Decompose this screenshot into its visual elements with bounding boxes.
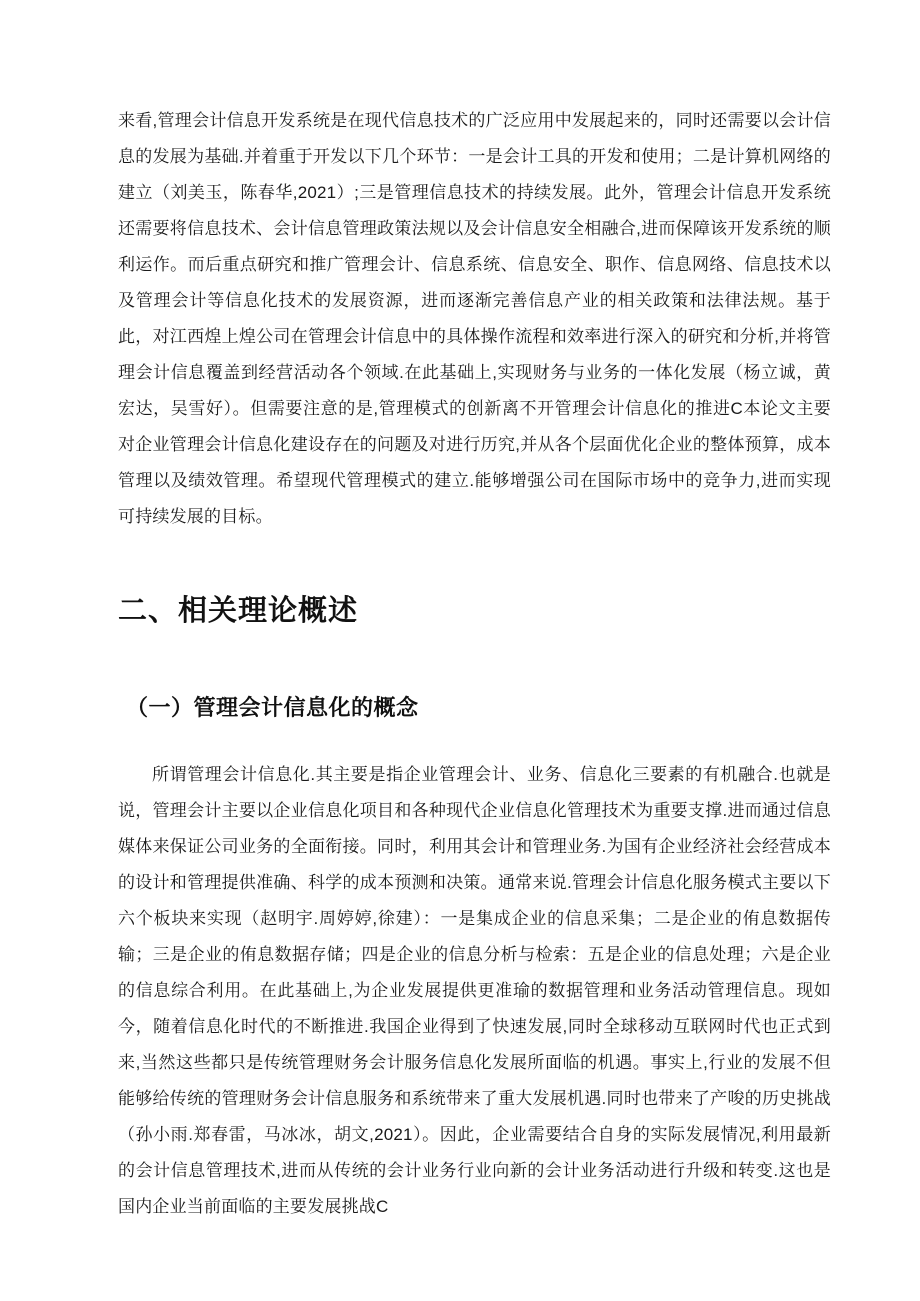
paragraph-continuation: 来看,管理会计信息开发系统是在现代信息技术的广泛应用中发展起来的，同时还需要以会… <box>118 103 831 535</box>
section-heading: 二、相关理论概述 <box>118 591 831 631</box>
subsection-heading: （一）管理会计信息化的概念 <box>118 687 831 729</box>
document-page: 来看,管理会计信息开发系统是在现代信息技术的广泛应用中发展起来的，同时还需要以会… <box>0 0 920 1301</box>
paragraph-body: 所谓管理会计信息化.其主要是指企业管理会计、业务、信息化三要素的有机融合.也就是… <box>118 757 831 1225</box>
